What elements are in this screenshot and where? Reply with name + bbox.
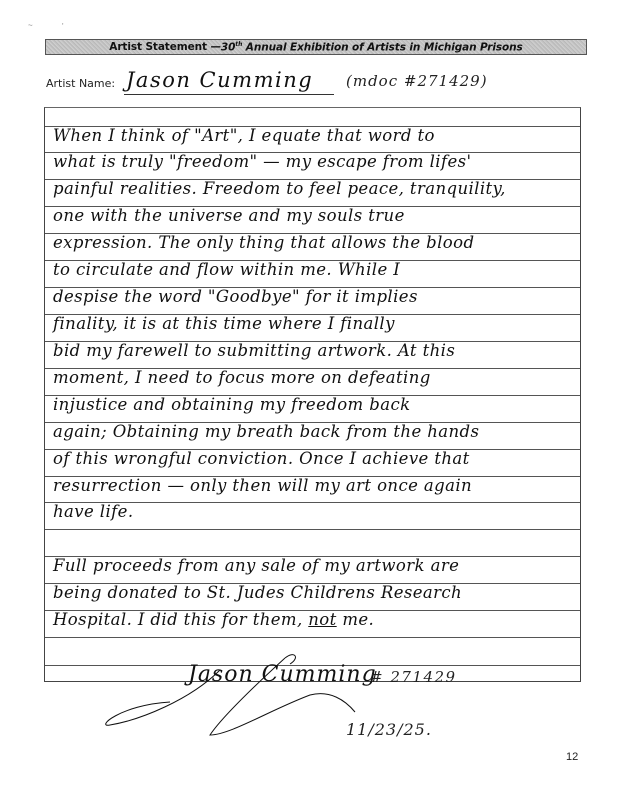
title-plain: Artist Statement — xyxy=(109,41,221,53)
signature-mdoc-number: # 271429 xyxy=(370,668,457,686)
artist-name-label: Artist Name: xyxy=(46,77,115,90)
title-italic: 30th Annual Exhibition of Artists in Mic… xyxy=(221,41,523,54)
statement-box: When I think of "Art", I equate that wor… xyxy=(44,107,581,682)
handwritten-line: Hospital. I did this for them, not me. xyxy=(53,607,592,633)
handwritten-line: injustice and obtaining my freedom back xyxy=(53,392,592,418)
form-title-bar: Artist Statement — 30th Annual Exhibitio… xyxy=(45,39,587,55)
artist-name-row: Artist Name: Jason Cumming (mdoc #271429… xyxy=(46,70,586,94)
artist-mdoc-number: (mdoc #271429) xyxy=(346,72,488,90)
handwritten-line: again; Obtaining my breath back from the… xyxy=(53,419,592,445)
handwritten-line: of this wrongful conviction. Once I achi… xyxy=(53,446,592,472)
scan-artifact: ' xyxy=(62,22,64,31)
handwritten-line: despise the word "Goodbye" for it implie… xyxy=(53,284,592,310)
handwritten-line: being donated to St. Judes Childrens Res… xyxy=(53,580,592,606)
handwritten-line: expression. The only thing that allows t… xyxy=(53,230,592,256)
handwritten-line: have life. xyxy=(53,499,592,525)
signature-date: 11/23/25. xyxy=(346,720,432,739)
page-number: 12 xyxy=(566,751,578,763)
artist-name-underline xyxy=(124,94,334,95)
handwritten-line: to circulate and flow within me. While I xyxy=(53,257,592,283)
artist-signature: Jason Cumming xyxy=(188,662,377,687)
scan-artifact: ~ xyxy=(28,21,33,30)
handwritten-line: finality, it is at this time where I fin… xyxy=(53,311,592,337)
handwritten-line: moment, I need to focus more on defeatin… xyxy=(53,365,592,391)
handwritten-line: one with the universe and my souls true xyxy=(53,203,592,229)
handwritten-line: resurrection — only then will my art onc… xyxy=(53,473,592,499)
handwritten-line: what is truly "freedom" — my escape from… xyxy=(53,149,592,175)
handwritten-line xyxy=(53,526,592,552)
handwritten-line: painful realities. Freedom to feel peace… xyxy=(53,176,592,202)
handwritten-line: When I think of "Art", I equate that wor… xyxy=(53,123,592,149)
artist-name-handwritten: Jason Cumming xyxy=(126,68,313,92)
handwritten-line: bid my farewell to submitting artwork. A… xyxy=(53,338,592,364)
handwritten-line: Full proceeds from any sale of my artwor… xyxy=(53,553,592,579)
